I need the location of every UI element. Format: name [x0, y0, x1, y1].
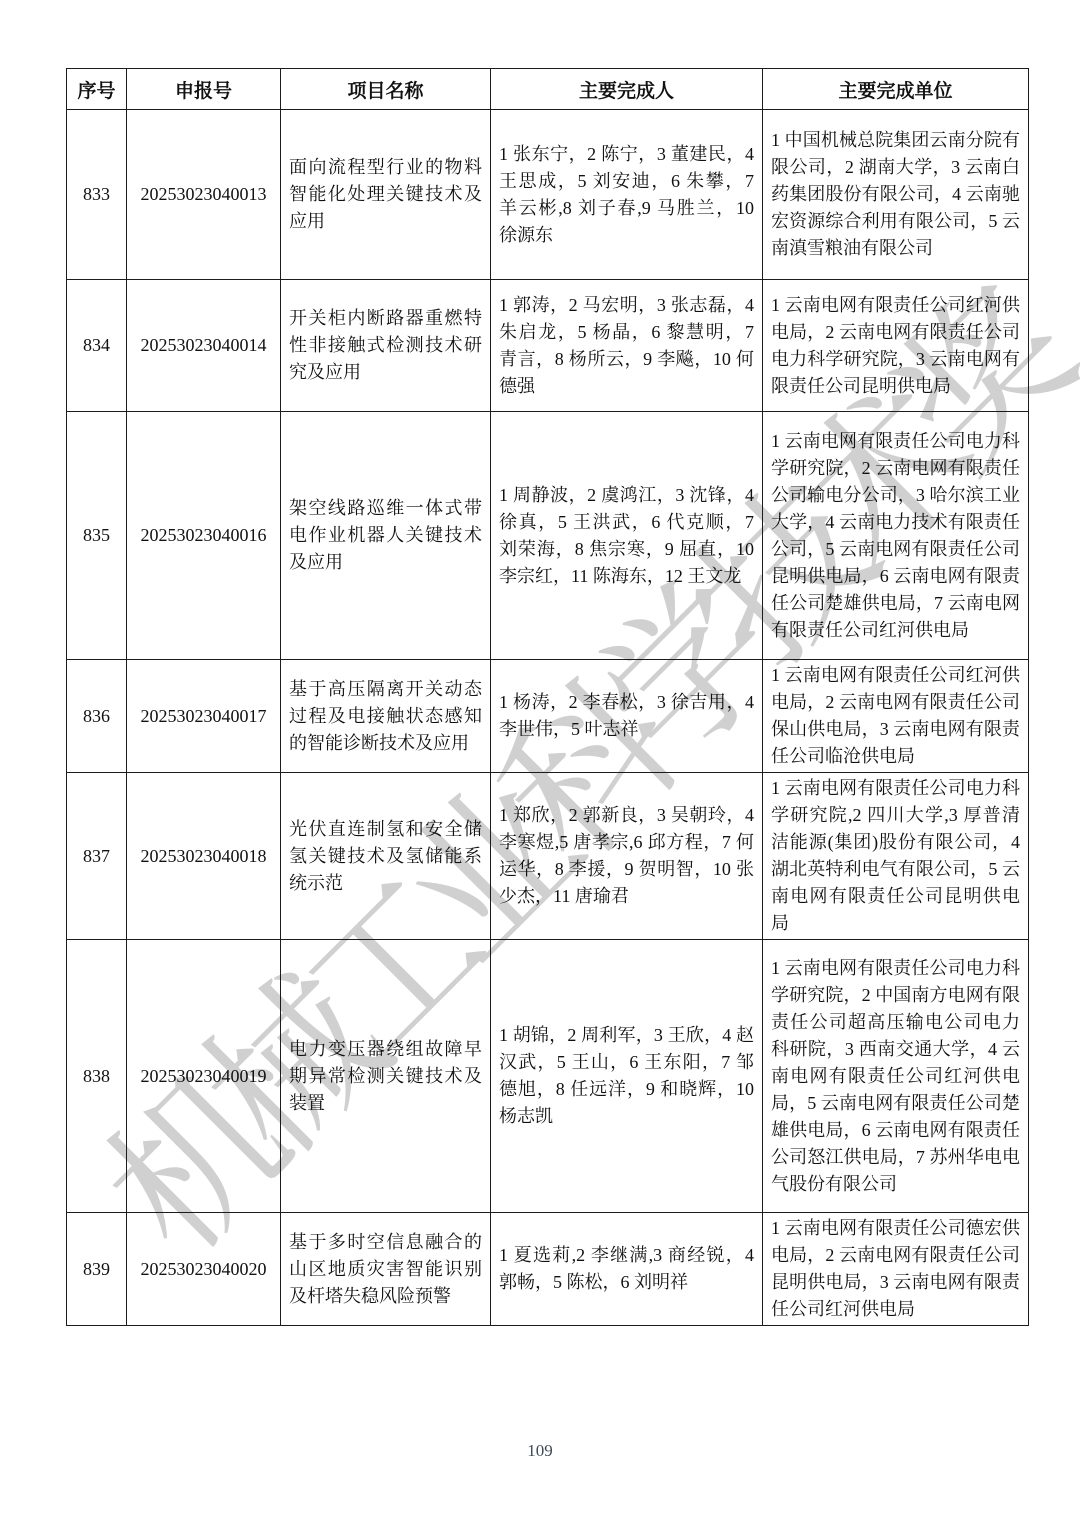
table-row-839: 839 20253023040020 基于多时空信息融合的山区地质灾害智能识别及…	[67, 1213, 1029, 1326]
cell-seq: 839	[67, 1213, 127, 1326]
cell-people: 1 郑欣，2 郭新良，3 吴朝玲，4 李寒煜,5 唐孝宗,6 邱方程，7 何运华…	[491, 773, 763, 940]
cell-units: 1 云南电网有限责任公司红河供电局，2 云南电网有限责任公司保山供电局，3 云南…	[763, 660, 1029, 773]
cell-app-no: 20253023040014	[127, 280, 281, 412]
cell-units: 1 中国机械总院集团云南分院有限公司，2 湖南大学，3 云南白药集团股份有限公司…	[763, 110, 1029, 280]
cell-people: 1 夏选莉,2 李继满,3 商经锐，4 郭畅，5 陈松，6 刘明祥	[491, 1213, 763, 1326]
cell-project: 电力变压器绕组故障早期异常检测关键技术及装置	[281, 940, 491, 1213]
cell-app-no: 20253023040019	[127, 940, 281, 1213]
table-row-838: 838 20253023040019 电力变压器绕组故障早期异常检测关键技术及装…	[67, 940, 1029, 1213]
cell-project: 基于高压隔离开关动态过程及电接触状态感知的智能诊断技术及应用	[281, 660, 491, 773]
cell-units: 1 云南电网有限责任公司电力科学研究院,2 四川大学,3 厚普清洁能源(集团)股…	[763, 773, 1029, 940]
cell-project: 基于多时空信息融合的山区地质灾害智能识别及杆塔失稳风险预警	[281, 1213, 491, 1326]
cell-units: 1 云南电网有限责任公司红河供电局，2 云南电网有限责任公司电力科学研究院，3 …	[763, 280, 1029, 412]
cell-people: 1 胡锦，2 周利军，3 王欣，4 赵汉武，5 王山，6 王东阳，7 邹德旭，8…	[491, 940, 763, 1213]
col-header-project: 项目名称	[281, 69, 491, 110]
col-header-seq: 序号	[67, 69, 127, 110]
cell-project: 架空线路巡维一体式带电作业机器人关键技术及应用	[281, 412, 491, 660]
cell-people: 1 周静波，2 虞鸿江，3 沈锋，4 徐真，5 王洪武，6 代克顺，7 刘荣海，…	[491, 412, 763, 660]
cell-app-no: 20253023040013	[127, 110, 281, 280]
cell-seq: 834	[67, 280, 127, 412]
cell-units: 1 云南电网有限责任公司德宏供电局，2 云南电网有限责任公司昆明供电局，3 云南…	[763, 1213, 1029, 1326]
document-page: 机械工业科学技术奖 序号 申报号 项目名称 主要完成人 主要完成单位 833 2…	[0, 0, 1080, 1527]
table-row-833: 833 20253023040013 面向流程型行业的物料智能化处理关键技术及应…	[67, 110, 1029, 280]
cell-app-no: 20253023040016	[127, 412, 281, 660]
cell-project: 光伏直连制氢和安全储氢关键技术及氢储能系统示范	[281, 773, 491, 940]
col-header-app-no: 申报号	[127, 69, 281, 110]
cell-seq: 835	[67, 412, 127, 660]
col-header-people: 主要完成人	[491, 69, 763, 110]
table-row-835: 835 20253023040016 架空线路巡维一体式带电作业机器人关键技术及…	[67, 412, 1029, 660]
cell-seq: 838	[67, 940, 127, 1213]
cell-people: 1 张东宁，2 陈宁，3 董建民，4 王思成，5 刘安迪，6 朱攀，7 羊云彬,…	[491, 110, 763, 280]
cell-project: 面向流程型行业的物料智能化处理关键技术及应用	[281, 110, 491, 280]
col-header-units: 主要完成单位	[763, 69, 1029, 110]
table-row-836: 836 20253023040017 基于高压隔离开关动态过程及电接触状态感知的…	[67, 660, 1029, 773]
cell-units: 1 云南电网有限责任公司电力科学研究院，2 中国南方电网有限责任公司超高压输电公…	[763, 940, 1029, 1213]
cell-people: 1 杨涛，2 李春松，3 徐吉用，4 李世伟，5 叶志祥	[491, 660, 763, 773]
cell-project: 开关柜内断路器重燃特性非接触式检测技术研究及应用	[281, 280, 491, 412]
cell-seq: 837	[67, 773, 127, 940]
cell-seq: 833	[67, 110, 127, 280]
awards-table: 序号 申报号 项目名称 主要完成人 主要完成单位 833 20253023040…	[66, 68, 1029, 1326]
table-row-834: 834 20253023040014 开关柜内断路器重燃特性非接触式检测技术研究…	[67, 280, 1029, 412]
header-row: 序号 申报号 项目名称 主要完成人 主要完成单位	[67, 69, 1029, 110]
cell-app-no: 20253023040017	[127, 660, 281, 773]
page-number: 109	[0, 1441, 1080, 1461]
cell-app-no: 20253023040020	[127, 1213, 281, 1326]
cell-app-no: 20253023040018	[127, 773, 281, 940]
cell-units: 1 云南电网有限责任公司电力科学研究院，2 云南电网有限责任公司输电分公司，3 …	[763, 412, 1029, 660]
cell-seq: 836	[67, 660, 127, 773]
table-row-837: 837 20253023040018 光伏直连制氢和安全储氢关键技术及氢储能系统…	[67, 773, 1029, 940]
cell-people: 1 郭涛，2 马宏明，3 张志磊，4 朱启龙，5 杨晶，6 黎慧明，7 青言，8…	[491, 280, 763, 412]
